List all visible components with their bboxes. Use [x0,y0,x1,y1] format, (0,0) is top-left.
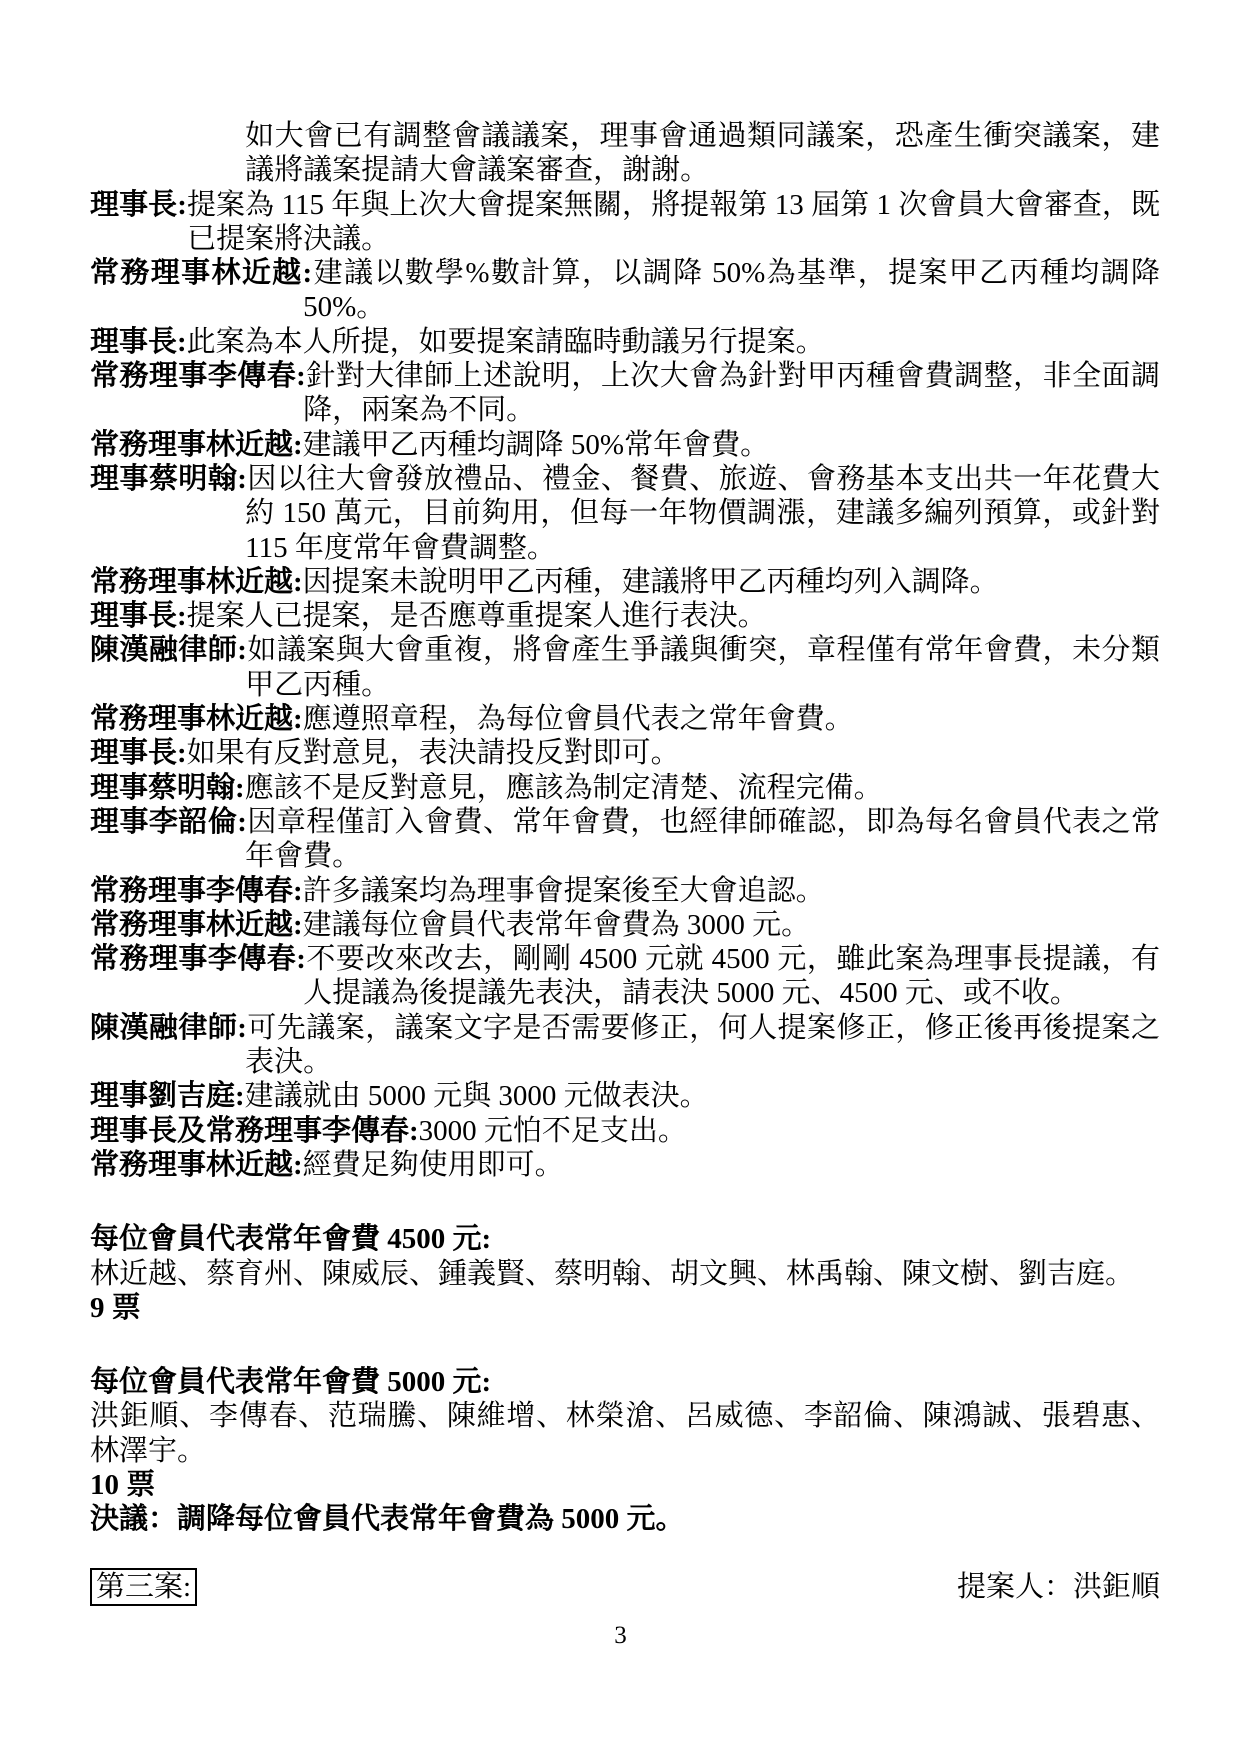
speaker-label: 理事長及常務理事李傳春: [90,1115,419,1147]
speech-text: 如果有反對意見，表決請投反對即可。 [187,737,680,769]
vote-results-section: 每位會員代表常年會費 4500 元: 林近越、蔡育州、陳威辰、鍾義賢、蔡明翰、胡… [90,1222,1160,1502]
speaker-label: 理事蔡明翰: [90,463,247,495]
speaker-label: 常務理事林近越: [90,703,303,735]
speaker-label: 理事長: [90,326,187,358]
speaker-label: 常務理事林近越: [90,257,312,289]
speech-text: 因提案未說明甲乙丙種，建議將甲乙丙種均列入調降。 [303,566,999,598]
vote-heading: 每位會員代表常年會費 5000 元: [90,1365,1160,1399]
vote-count: 9 票 [90,1291,1160,1325]
speech-text: 因以往大會發放禮品、禮金、餐費、旅遊、會務基本支出共一年花費大約 150 萬元，… [245,463,1160,564]
dialogue-entry: 理事劉吉庭:建議就由 5000 元與 3000 元做表決。 [90,1079,1160,1113]
vote-names: 林近越、蔡育州、陳威辰、鍾義賢、蔡明翰、胡文興、林禹翰、陳文樹、劉吉庭。 [90,1257,1160,1291]
speech-text: 建議以數學%數計算，以調降 50%為基準，提案甲乙丙種均調降 50%。 [303,257,1160,323]
dialogue-entry: 理事長及常務理事李傳春:3000 元怕不足支出。 [90,1114,1160,1148]
dialogue-entry: 常務理事林近越:因提案未說明甲乙丙種，建議將甲乙丙種均列入調降。 [90,565,1160,599]
speech-text: 提案人已提案，是否應尊重提案人進行表決。 [187,600,767,632]
speech-text: 可先議案，議案文字是否需要修正，何人提案修正，修正後再後提案之表決。 [245,1012,1160,1078]
dialogue-entry: 理事長:此案為本人所提，如要提案請臨時動議另行提案。 [90,325,1160,359]
speaker-label: 常務理事林近越: [90,909,303,941]
speech-text: 不要改來改去，剛剛 4500 元就 4500 元，雖此案為理事長提議，有人提議為… [303,943,1160,1009]
dialogue-entry: 常務理事林近越:建議每位會員代表常年會費為 3000 元。 [90,908,1160,942]
speech-text: 建議每位會員代表常年會費為 3000 元。 [303,909,811,941]
speech-text: 應該不是反對意見，應該為制定清楚、流程完備。 [245,772,883,804]
speech-text: 建議甲乙丙種均調降 50%常年會費。 [303,429,769,461]
footer-row: 第三案: 提案人：洪鉅順 [90,1568,1160,1606]
document-content: 如大會已有調整會議議案，理事會通過類同議案，恐產生衝突議案，建議將議案提請大會議… [90,119,1160,1606]
dialogue-entry: 理事蔡明翰:應該不是反對意見，應該為制定清楚、流程完備。 [90,771,1160,805]
speech-text: 如大會已有調整會議議案，理事會通過類同議案，恐產生衝突議案，建議將議案提請大會議… [245,120,1160,186]
speaker-label: 常務理事李傳春: [90,360,306,392]
page-number: 3 [0,1622,1241,1650]
dialogue-entry: 常務理事李傳春:針對大律師上述說明，上次大會為針對甲丙種會費調整，非全面調降，兩… [90,359,1160,428]
speaker-label: 理事長: [90,189,187,221]
speaker-label: 理事劉吉庭: [90,1080,245,1112]
speaker-label: 陳漢融律師: [90,1012,247,1044]
dialogue-entry: 常務理事李傳春:不要改來改去，剛剛 4500 元就 4500 元，雖此案為理事長… [90,942,1160,1011]
vote-section: 每位會員代表常年會費 4500 元: 林近越、蔡育州、陳威辰、鍾義賢、蔡明翰、胡… [90,1222,1160,1325]
speech-text: 建議就由 5000 元與 3000 元做表決。 [245,1080,709,1112]
vote-names: 洪鉅順、李傳春、范瑞騰、陳維增、林榮滄、呂威德、李韶倫、陳鴻誠、張碧惠、林澤宇。 [90,1399,1160,1468]
vote-heading: 每位會員代表常年會費 4500 元: [90,1222,1160,1256]
speaker-label: 理事長: [90,600,187,632]
dialogue-entry: 常務理事李傳春:許多議案均為理事會提案後至大會追認。 [90,874,1160,908]
speech-text: 此案為本人所提，如要提案請臨時動議另行提案。 [187,326,825,358]
speech-text: 應遵照章程，為每位會員代表之常年會費。 [303,703,854,735]
speaker-label: 常務理事林近越: [90,429,303,461]
speaker-label: 常務理事李傳春: [90,943,306,975]
speech-text: 3000 元怕不足支出。 [419,1115,687,1147]
dialogue-entry: 理事蔡明翰:因以往大會發放禮品、禮金、餐費、旅遊、會務基本支出共一年花費大約 1… [90,462,1160,565]
dialogue-entry: 常務理事林近越:建議甲乙丙種均調降 50%常年會費。 [90,428,1160,462]
dialogue-entry: 理事長:提案為 115 年與上次大會提案無關，將提報第 13 屆第 1 次會員大… [90,188,1160,257]
case-label: 第三案: [90,1568,197,1606]
speech-text: 許多議案均為理事會提案後至大會追認。 [303,875,825,907]
speaker-label: 常務理事林近越: [90,1149,303,1181]
dialogue-entry: 理事長:如果有反對意見，表決請投反對即可。 [90,736,1160,770]
speaker-label: 常務理事林近越: [90,566,303,598]
speaker-label: 理事長: [90,737,187,769]
speaker-label: 常務理事李傳春: [90,875,303,907]
dialogue-entry: 常務理事林近越:應遵照章程，為每位會員代表之常年會費。 [90,702,1160,736]
speech-text: 針對大律師上述說明，上次大會為針對甲丙種會費調整，非全面調降，兩案為不同。 [303,360,1160,426]
dialogue-entry: 常務理事林近越:經費足夠使用即可。 [90,1148,1160,1182]
vote-section: 每位會員代表常年會費 5000 元: 洪鉅順、李傳春、范瑞騰、陳維增、林榮滄、呂… [90,1365,1160,1502]
dialogue-entry: 理事李韶倫:因章程僅訂入會費、常年會費，也經律師確認，即為每名會員代表之常年會費… [90,805,1160,874]
dialogue-entry: 陳漢融律師:可先議案，議案文字是否需要修正，何人提案修正，修正後再後提案之表決。 [90,1011,1160,1080]
resolution-text: 決議：調降每位會員代表常年會費為 5000 元。 [90,1502,1160,1536]
proposer-label: 提案人：洪鉅順 [957,1570,1160,1604]
dialogue-entry: 陳漢融律師:如議案與大會重複，將會產生爭議與衝突，章程僅有常年會費，未分類甲乙丙… [90,633,1160,702]
speech-text: 經費足夠使用即可。 [303,1149,564,1181]
speaker-label: 陳漢融律師: [90,634,247,666]
dialogue-entry: 常務理事林近越:建議以數學%數計算，以調降 50%為基準，提案甲乙丙種均調降 5… [90,256,1160,325]
dialogue-entry: 如大會已有調整會議議案，理事會通過類同議案，恐產生衝突議案，建議將議案提請大會議… [90,119,1160,188]
vote-count: 10 票 [90,1468,1160,1502]
document-page: 如大會已有調整會議議案，理事會通過類同議案，恐產生衝突議案，建議將議案提請大會議… [0,0,1241,1755]
speech-text: 提案為 115 年與上次大會提案無關，將提報第 13 屆第 1 次會員大會審查，… [187,189,1160,255]
dialogue-section: 如大會已有調整會議議案，理事會通過類同議案，恐產生衝突議案，建議將議案提請大會議… [90,119,1160,1182]
speech-text: 如議案與大會重複，將會產生爭議與衝突，章程僅有常年會費，未分類甲乙丙種。 [245,634,1160,700]
speaker-label: 理事蔡明翰: [90,772,245,804]
speech-text: 因章程僅訂入會費、常年會費，也經律師確認，即為每名會員代表之常年會費。 [245,806,1160,872]
dialogue-entry: 理事長:提案人已提案，是否應尊重提案人進行表決。 [90,599,1160,633]
speaker-label: 理事李韶倫: [90,806,247,838]
